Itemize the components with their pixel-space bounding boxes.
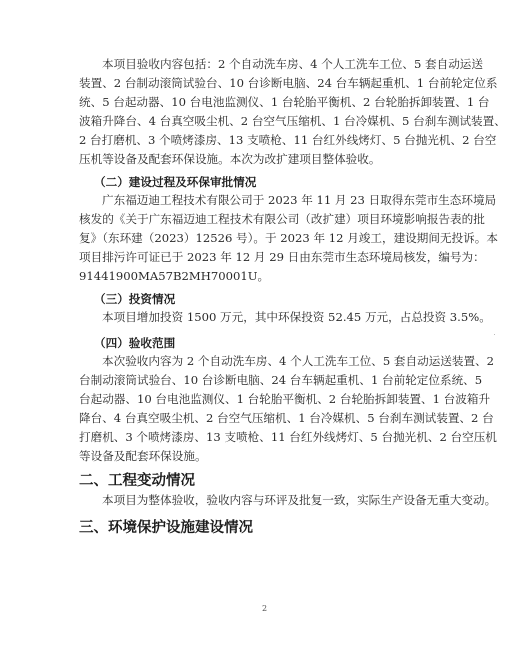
paragraph-line: 项目排污许可证已于 2023 年 12 月 29 日由东莞市生态环境局核发，编号… — [79, 248, 441, 267]
scan-artifact — [494, 334, 495, 335]
paragraph-line: 压机等设备及配套环保设施。本次为改扩建项目整体验收。 — [79, 150, 441, 169]
paragraph-line: 本次验收内容为 2 个自动洗车房、4 个人工洗车工位、5 套自动运送装置、2 — [102, 352, 441, 371]
paragraph-line: 降台、4 台真空吸尘机、2 台空气压缩机、1 台冷媒机、5 台刹车测试装置、2 … — [79, 409, 441, 428]
paragraph-line: 台起动器、10 台电池监测仪、1 台轮胎平衡机、2 台轮胎拆卸装置、1 台波箱升 — [79, 390, 441, 409]
section-heading: （二）建设过程及环保审批情况 — [94, 173, 256, 192]
paragraph-line: 打磨机、3 个喷烤漆房、13 支喷枪、11 台红外线烤灯、5 台抛光机、2 台空… — [79, 428, 441, 447]
paragraph-line: 2 台打磨机、3 个喷烤漆房、13 支喷枪、11 台红外线烤灯、5 台抛光机、2… — [79, 131, 441, 150]
page-number: 2 — [262, 604, 267, 613]
paragraph-line: 统、5 台起动器、10 台电池监测仪、1 台轮胎平衡机、2 台轮胎拆卸装置、1 … — [79, 93, 441, 112]
paragraph-line: 复》（东环建（2023）12526 号）。于 2023 年 12 月竣工，建设期… — [79, 229, 441, 248]
section-heading: （四）验收范围 — [94, 334, 175, 353]
paragraph-line: 等设备及配套环保设施。 — [79, 447, 441, 466]
paragraph-line: 本项目增加投资 1500 万元，其中环保投资 52.45 万元，占总投资 3.5… — [102, 308, 441, 327]
permit-number: 91441900MA57B2MH70001U。 — [79, 267, 441, 286]
paragraph-line: 广东福迈迪工程技术有限公司于 2023 年 11 月 23 日取得东莞市生态环境… — [102, 191, 441, 210]
section-heading: （三）投资情况 — [94, 290, 175, 309]
paragraph-line: 本项目验收内容包括：2 个自动洗车房、4 个人工洗车工位、5 套自动运送 — [102, 55, 441, 74]
paragraph-line: 台制动滚筒试验台、10 台诊断电脑、24 台车辆起重机、1 台前轮定位系统、5 — [79, 371, 441, 390]
paragraph-line: 核发的《关于广东福迈迪工程技术有限公司（改扩建）项目环境影响报告表的批 — [79, 210, 441, 229]
chapter-heading: 三、环境保护设施建设情况 — [79, 517, 253, 539]
chapter-heading: 二、工程变动情况 — [79, 470, 195, 492]
paragraph-line: 波箱升降台、4 台真空吸尘机、2 台空气压缩机、1 台冷媒机、5 台刹车测试装置… — [79, 112, 441, 131]
paragraph-line: 本项目为整体验收，验收内容与环评及批复一致，实际生产设备无重大变动。 — [102, 491, 441, 510]
paragraph-line: 装置、2 台制动滚筒试验台、10 台诊断电脑、24 台车辆起重机、1 台前轮定位… — [79, 74, 441, 93]
document-page: 本项目验收内容包括：2 个自动洗车房、4 个人工洗车工位、5 套自动运送 装置、… — [0, 0, 530, 650]
